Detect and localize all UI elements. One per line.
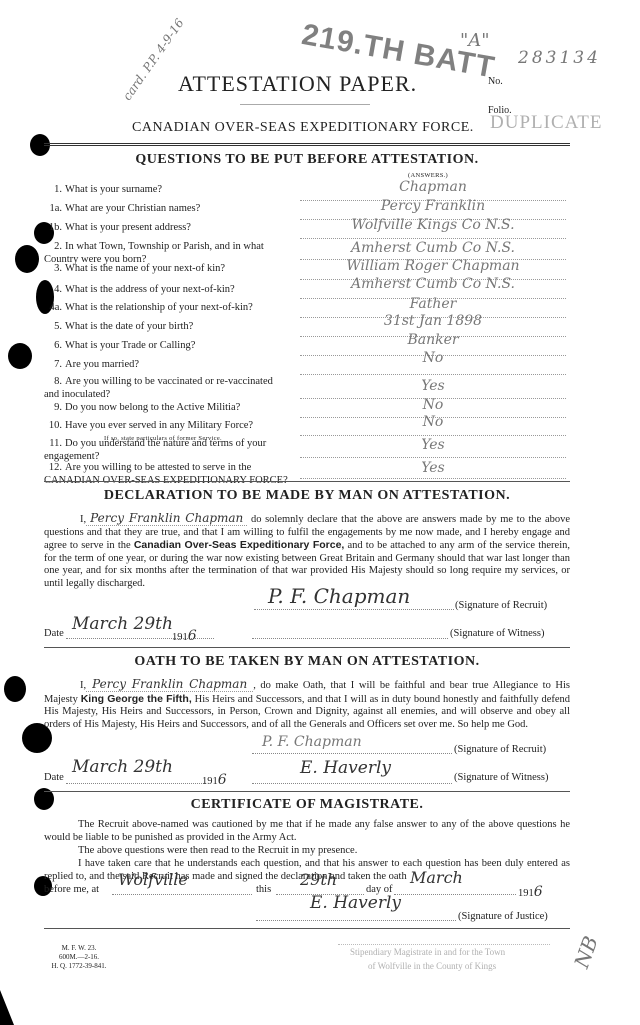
company-mark: "A"	[460, 30, 490, 51]
certificate-before-label: before me, at	[44, 884, 99, 895]
question-row: 6.What is your Trade or Calling?	[44, 339, 289, 352]
question-text: Do you now belong to the Active Militia?	[65, 402, 240, 413]
question-row: 7.Are you married?	[44, 358, 289, 371]
question-row: 5.What is the date of your birth?	[44, 320, 289, 333]
certificate-year: 1916	[518, 884, 543, 900]
certificate-heading: CERTIFICATE OF MAGISTRATE.	[44, 797, 570, 813]
magistrate-stamp-1: Stipendiary Magistrate in and for the To…	[350, 947, 505, 957]
answer-value: No	[300, 414, 566, 430]
declaration-date-value: March 29th	[72, 614, 173, 634]
declaration-year: 1916	[172, 628, 197, 644]
answer-value: Yes	[300, 378, 566, 394]
question-text: What is your surname?	[65, 184, 162, 195]
magistrate-stamp-line	[338, 944, 550, 945]
answer-value: Yes	[300, 460, 566, 476]
question-text: What is the name of your next-of kin?	[65, 263, 225, 274]
oath-witness-signature: E. Haverly	[300, 758, 391, 778]
declaration-recruit-label: (Signature of Recruit)	[455, 600, 547, 611]
question-row: 1.What is your surname?	[44, 183, 289, 196]
punch-hole	[4, 676, 26, 702]
no-label: No.	[488, 76, 503, 87]
declaration-year-suffix: 6	[188, 628, 197, 644]
declaration-year-prefix: 191	[172, 632, 188, 643]
question-row: 11.Do you understand the nature and term…	[44, 437, 289, 463]
scan-corner-artifact	[0, 990, 14, 1025]
question-text: What is your Trade or Calling?	[65, 340, 195, 351]
justice-signature: E. Haverly	[310, 893, 401, 913]
certificate-p2: The above questions were then read to th…	[44, 845, 570, 858]
certificate-day: 29th	[300, 870, 337, 889]
questions-divider	[44, 481, 570, 482]
question-number: 4a.	[44, 301, 62, 314]
certificate-this-label: this	[256, 884, 271, 895]
question-number: 1a.	[44, 202, 62, 215]
answer-value: William Roger Chapman	[300, 258, 566, 274]
answer-value: Yes	[300, 437, 566, 453]
punch-hole	[15, 245, 39, 273]
question-number: 6.	[44, 339, 62, 352]
question-row: 1a.What are your Christian names?	[44, 202, 289, 215]
question-number: 5.	[44, 320, 62, 333]
oath-year: 1916	[202, 772, 227, 788]
question-number: 11.	[44, 437, 62, 450]
form-code-line-3: H. Q. 1772-39-841.	[44, 962, 114, 971]
header-divider	[44, 143, 570, 146]
certificate-p1: The Recruit above-named was cautioned by…	[44, 819, 570, 844]
duplicate-stamp: DUPLICATE	[490, 112, 602, 134]
question-row: 4.What is the address of your next-of-ki…	[44, 283, 289, 296]
declaration-date-label: Date	[44, 628, 64, 639]
oath-year-prefix: 191	[202, 776, 218, 787]
question-text: What is the date of your birth?	[65, 321, 193, 332]
question-text: What are your Christian names?	[65, 203, 200, 214]
question-text: What is your present address?	[65, 222, 191, 233]
question-row: 8.Are you willing to be vaccinated or re…	[44, 375, 289, 401]
punch-hole	[8, 343, 32, 369]
questions-heading: QUESTIONS TO BE PUT BEFORE ATTESTATION.	[44, 152, 570, 168]
oath-divider	[44, 791, 570, 792]
certificate-year-prefix: 191	[518, 888, 534, 899]
declaration-bold-1: Canadian Over-Seas Expeditionary Force,	[134, 539, 345, 551]
oath-recruit-label: (Signature of Recruit)	[454, 744, 546, 755]
question-number: 1b.	[44, 221, 62, 234]
answer-value: No	[300, 397, 566, 413]
form-code-line-2: 600M.—2-16.	[44, 953, 114, 962]
answer-value: Wolfville Kings Co N.S.	[300, 217, 566, 233]
question-text: Have you ever served in any Military For…	[65, 420, 253, 431]
question-row: 3.What is the name of your next-of kin?	[44, 262, 289, 275]
question-row: 9.Do you now belong to the Active Militi…	[44, 401, 289, 414]
form-subtitle: CANADIAN OVER-SEAS EXPEDITIONARY FORCE.	[132, 120, 474, 136]
magistrate-stamp-2: of Wolfville in the County of Kings	[368, 961, 496, 971]
declaration-name-signature: Percy Franklin Chapman	[86, 511, 247, 526]
oath-name-signature: Percy Franklin Chapman	[86, 677, 253, 692]
question-number: 2.	[44, 240, 62, 253]
answer-value: Banker	[300, 332, 566, 348]
answer-value: Chapman	[300, 179, 566, 195]
question-text: Do you understand the nature and terms o…	[44, 438, 266, 462]
question-number: 7.	[44, 358, 62, 371]
regimental-number: 283134	[518, 48, 601, 68]
question-text: What is the address of your next-of-kin?	[65, 284, 235, 295]
form-title: ATTESTATION PAPER.	[178, 71, 417, 97]
certificate-month: March	[410, 868, 463, 887]
question-number: 10.	[44, 419, 62, 432]
question-number: 1.	[44, 183, 62, 196]
question-number: 8.	[44, 375, 62, 388]
oath-text: I,Percy Franklin Chapman, do make Oath, …	[44, 678, 570, 731]
question-row: 4a.What is the relationship of your next…	[44, 301, 289, 314]
question-row: 12.Are you willing to be attested to ser…	[44, 461, 289, 487]
declaration-heading: DECLARATION TO BE MADE BY MAN ON ATTESTA…	[44, 488, 570, 504]
oath-date-label: Date	[44, 772, 64, 783]
oath-witness-label: (Signature of Witness)	[454, 772, 548, 783]
answer-value: Amherst Cumb Co N.S.	[300, 240, 566, 256]
declaration-recruit-signature: P. F. Chapman	[268, 584, 410, 608]
declaration-witness-label: (Signature of Witness)	[450, 628, 544, 639]
question-number: 12.	[44, 461, 62, 474]
margin-initials: NB	[569, 933, 603, 971]
declaration-divider	[44, 647, 570, 648]
answer-value: Father	[300, 296, 566, 312]
title-underline	[240, 104, 370, 105]
justice-label: (Signature of Justice)	[458, 911, 548, 922]
form-code: M. F. W. 23. 600M.—2-16. H. Q. 1772-39-8…	[44, 944, 114, 971]
oath-bold-1: King George the Fifth,	[81, 693, 192, 705]
question-number: 4.	[44, 283, 62, 296]
answer-value: No	[300, 350, 566, 366]
declaration-text: I,Percy Franklin Chapman do solemnly dec…	[44, 512, 570, 591]
question-text: Are you married?	[65, 359, 139, 370]
answer-value: Amherst Cumb Co N.S.	[300, 276, 566, 292]
answer-value: 31st Jan 1898	[300, 313, 566, 329]
form-code-line-1: M. F. W. 23.	[44, 944, 114, 953]
oath-year-suffix: 6	[218, 772, 227, 788]
oath-recruit-signature: P. F. Chapman	[262, 734, 362, 750]
certificate-year-suffix: 6	[534, 884, 543, 900]
question-text: What is the relationship of your next-of…	[65, 302, 253, 313]
answer-value: Percy Franklin	[300, 198, 566, 214]
question-row: 1b.What is your present address?	[44, 221, 289, 234]
answers-label: (ANSWERS.)	[408, 172, 448, 179]
question-number: 3.	[44, 262, 62, 275]
question-number: 9.	[44, 401, 62, 414]
question-text: Are you willing to be vaccinated or re-v…	[44, 376, 273, 400]
certificate-place: Wolfville	[118, 870, 188, 889]
question-text: Are you willing to be attested to serve …	[44, 462, 288, 486]
oath-heading: OATH TO BE TAKEN BY MAN ON ATTESTATION.	[44, 654, 570, 670]
margin-note: card. P.P. 4-9-16	[120, 16, 187, 103]
declaration-witness-line	[252, 626, 448, 639]
oath-date-value: March 29th	[72, 757, 173, 777]
certificate-divider	[44, 928, 570, 929]
